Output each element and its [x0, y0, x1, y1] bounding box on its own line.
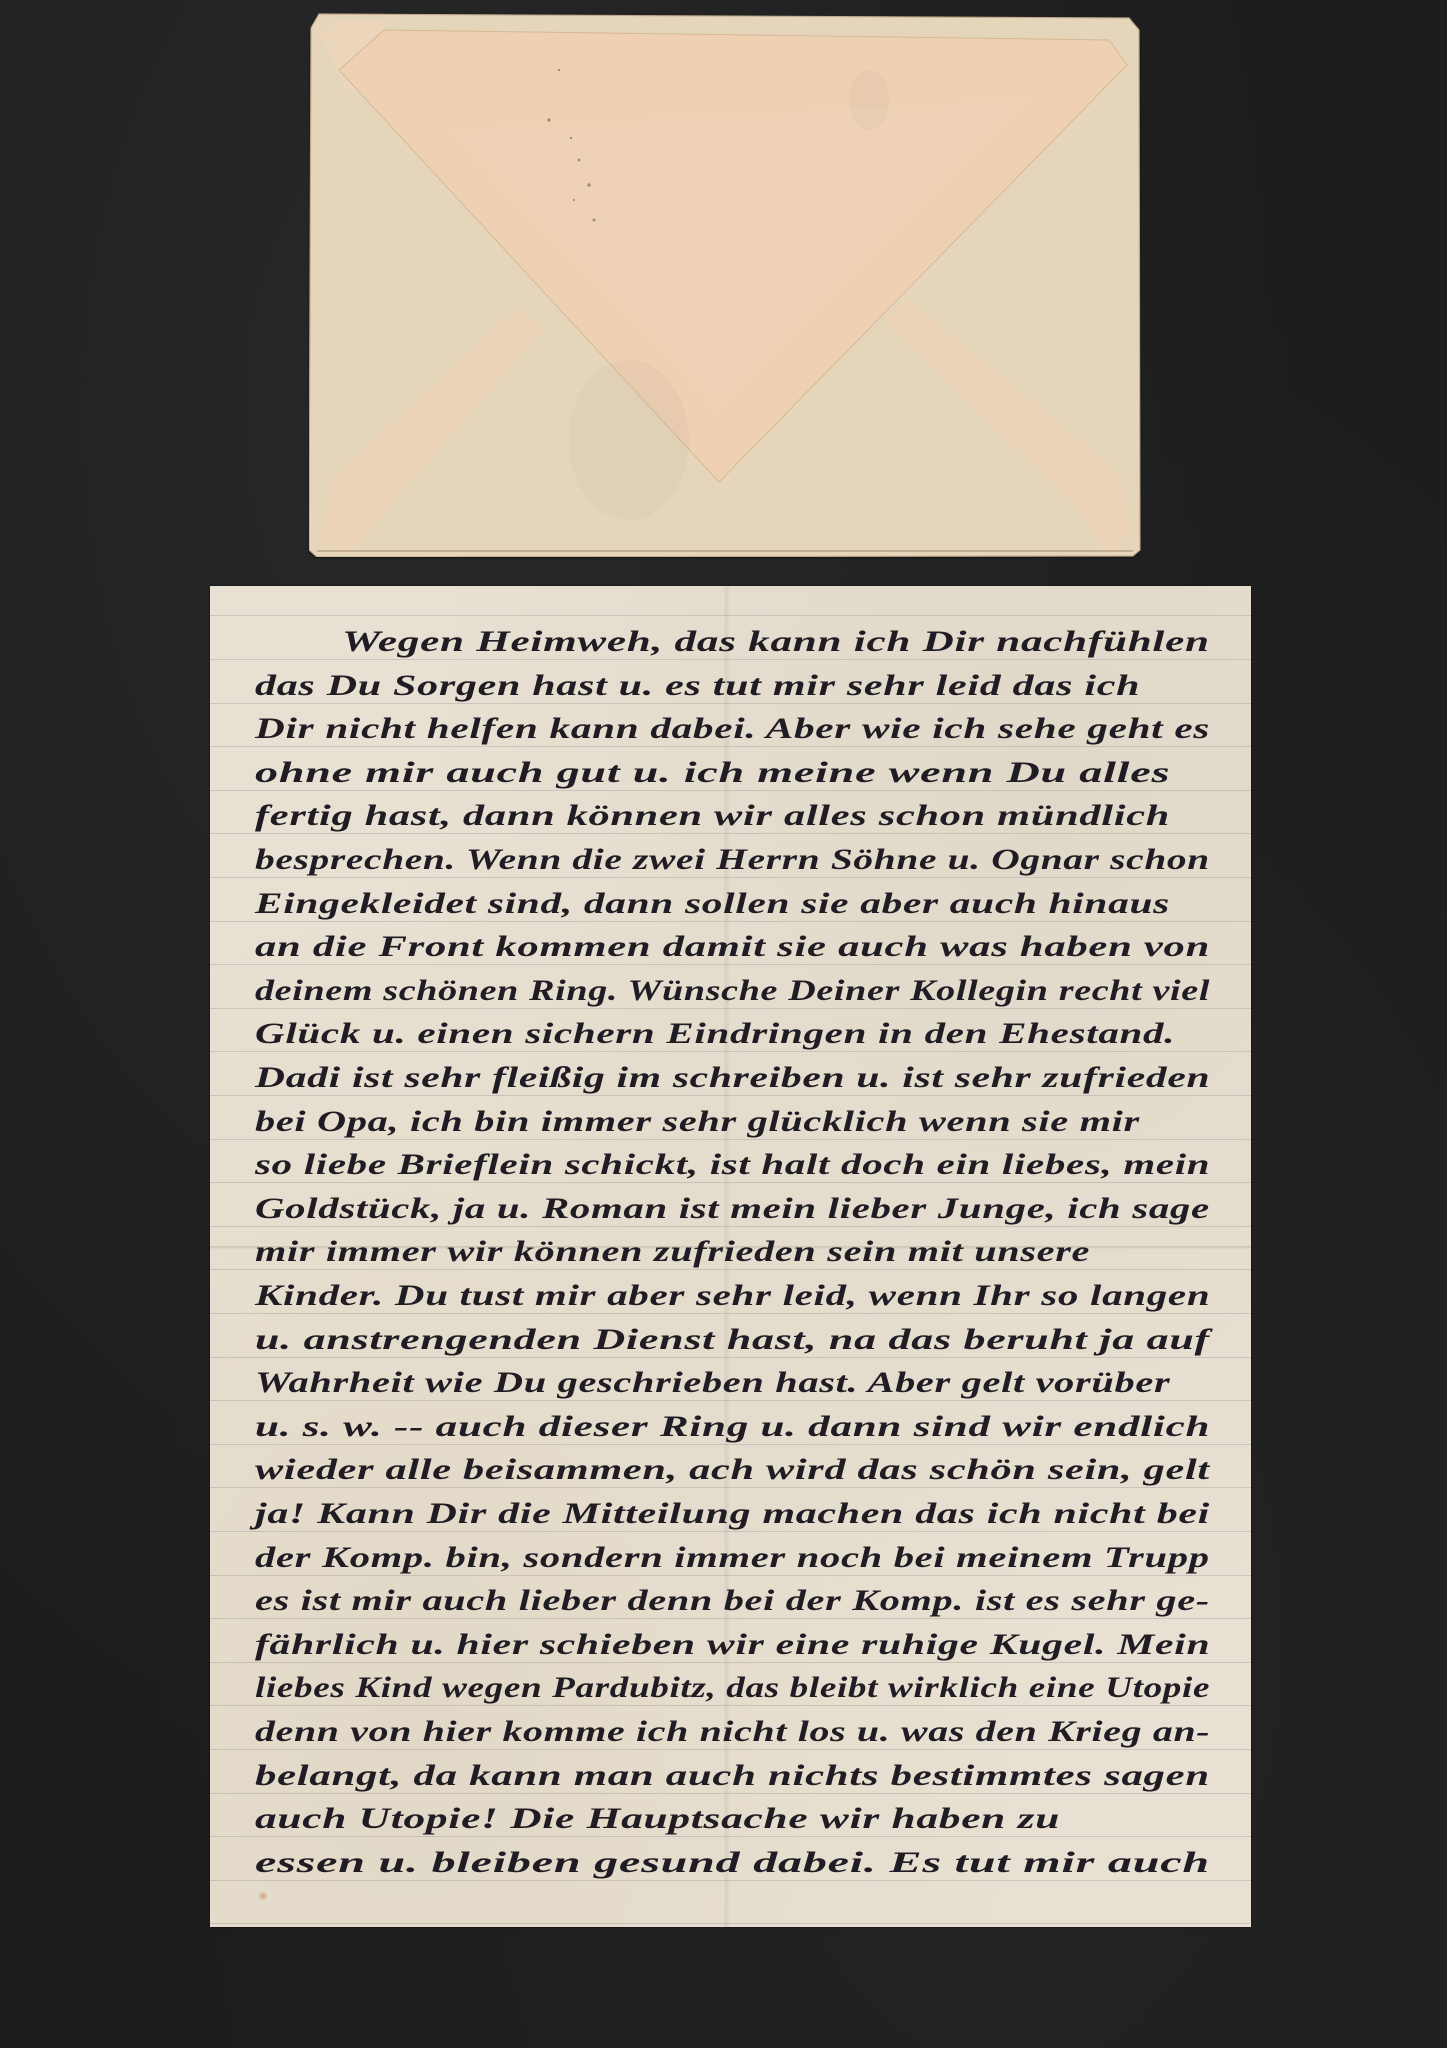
- letter-line: auch Utopie! Die Hauptsache wir haben zu: [255, 1802, 1060, 1836]
- ruled-line: [210, 1618, 1251, 1619]
- ruled-line: [210, 1226, 1251, 1227]
- ruled-line: [210, 1051, 1251, 1052]
- ruled-line: [210, 1575, 1251, 1576]
- letter-line: liebes Kind wegen Pardubitz, das bleibt …: [255, 1671, 1210, 1705]
- envelope-illustration: [309, 10, 1141, 557]
- ruled-line: [210, 1139, 1251, 1140]
- ruled-line: [210, 1400, 1251, 1401]
- ruled-line: [210, 1008, 1251, 1009]
- ruled-line: [210, 1705, 1251, 1706]
- ruled-line: [210, 833, 1251, 834]
- ruled-line: [210, 1182, 1251, 1183]
- ruled-line: [210, 1444, 1251, 1445]
- letter-line: Glück u. einen sichern Eindringen in den…: [255, 1017, 1175, 1051]
- ruled-line: [210, 703, 1251, 704]
- ruled-line: [210, 1269, 1251, 1270]
- letter-line: der Komp. bin, sondern immer noch bei me…: [255, 1541, 1210, 1575]
- letter-line: belangt, da kann man auch nichts bestimm…: [255, 1759, 1210, 1793]
- ruled-line: [210, 1357, 1251, 1358]
- letter-line: es ist mir auch lieber denn bei der Komp…: [255, 1584, 1210, 1618]
- letter-line: das Du Sorgen hast u. es tut mir sehr le…: [255, 669, 1140, 703]
- ruled-line: [210, 1313, 1251, 1314]
- letter-line: fährlich u. hier schieben wir eine ruhig…: [255, 1628, 1210, 1662]
- ruled-line: [210, 1836, 1251, 1837]
- letter-line: Wahrheit wie Du geschrieben hast. Aber g…: [255, 1366, 1170, 1400]
- letter-line: Goldstück, ja u. Roman ist mein lieber J…: [255, 1192, 1210, 1226]
- ruled-line: [210, 1095, 1251, 1096]
- ruled-line: [210, 1923, 1251, 1924]
- ruled-line: [210, 1662, 1251, 1663]
- ruled-line: [210, 921, 1251, 922]
- ruled-line: [210, 1487, 1251, 1488]
- envelope-back: [309, 10, 1141, 557]
- letter-line: mir immer wir können zufrieden sein mit …: [255, 1235, 1090, 1269]
- letter-line: ohne mir auch gut u. ich meine wenn Du a…: [255, 756, 1170, 790]
- letter-line: Eingekleidet sind, dann sollen sie aber …: [255, 887, 1170, 921]
- ink-stain: [258, 1891, 268, 1901]
- letter-line: denn von hier komme ich nicht los u. was…: [255, 1715, 1210, 1749]
- letter-line: Kinder. Du tust mir aber sehr leid, wenn…: [255, 1279, 1210, 1313]
- letter-line: Dadi ist sehr fleißig im schreiben u. is…: [255, 1061, 1210, 1095]
- letter-line: essen u. bleiben gesund dabei. Es tut mi…: [255, 1846, 1210, 1880]
- letter-line: fertig hast, dann können wir alles schon…: [255, 799, 1170, 833]
- letter-line: u. anstrengenden Dienst hast, na das ber…: [255, 1323, 1210, 1357]
- ruled-line: [210, 1531, 1251, 1532]
- ruled-line: [210, 1793, 1251, 1794]
- letter-line: ja! Kann Dir die Mitteilung machen das i…: [255, 1497, 1210, 1531]
- handwritten-letter: Wegen Heimweh, das kann ich Dir nachfühl…: [210, 586, 1251, 1927]
- letter-line: Dir nicht helfen kann dabei. Aber wie ic…: [255, 712, 1210, 746]
- ruled-line: [210, 964, 1251, 965]
- letter-line: deinem schönen Ring. Wünsche Deiner Koll…: [255, 974, 1210, 1008]
- ruled-line: [210, 746, 1251, 747]
- ruled-line: [210, 1880, 1251, 1881]
- ruled-line: [210, 790, 1251, 791]
- letter-line: so liebe Brieflein schickt, ist halt doc…: [255, 1148, 1210, 1182]
- letter-line: Wegen Heimweh, das kann ich Dir nachfühl…: [342, 625, 1210, 659]
- ruled-line: [210, 659, 1251, 660]
- ruled-line: [210, 615, 1251, 616]
- letter-line: wieder alle beisammen, ach wird das schö…: [255, 1453, 1210, 1487]
- letter-line: bei Opa, ich bin immer sehr glücklich we…: [255, 1105, 1140, 1139]
- letter-line: u. s. w. -- auch dieser Ring u. dann sin…: [255, 1410, 1210, 1444]
- letter-line: besprechen. Wenn die zwei Herrn Söhne u.…: [255, 843, 1210, 877]
- ruled-line: [210, 1749, 1251, 1750]
- letter-line: an die Front kommen damit sie auch was h…: [255, 930, 1210, 964]
- ruled-line: [210, 877, 1251, 878]
